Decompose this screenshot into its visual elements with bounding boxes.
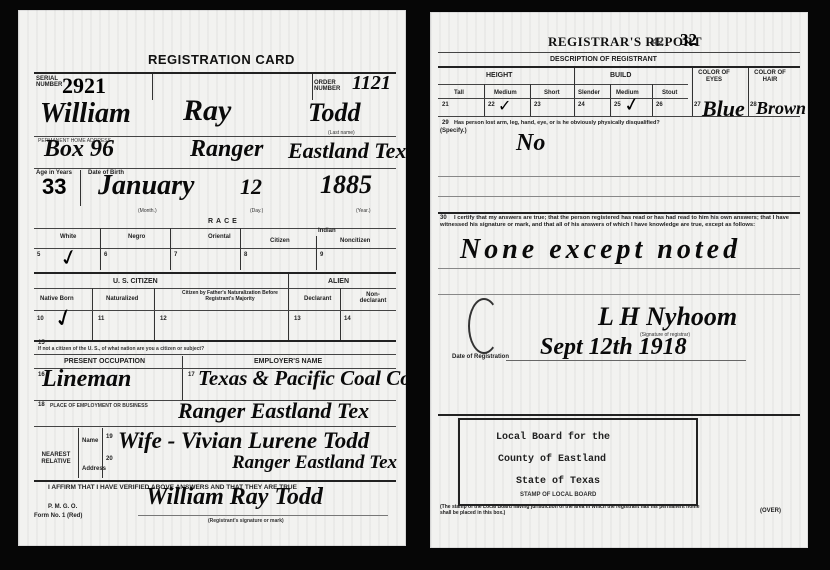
description-heading: DESCRIPTION OF REGISTRANT — [550, 56, 657, 63]
build-label: BUILD — [610, 72, 631, 79]
employment-place-number: 18 — [38, 402, 45, 408]
build-col-slender: Slender — [578, 90, 600, 96]
build-num-26: 26 — [656, 102, 663, 108]
eye-color-value: Blue — [702, 96, 745, 122]
eye-color-number: 27 — [694, 102, 701, 108]
height-medium-checkmark: ✓ — [498, 96, 511, 115]
report-stamp-prefix: 42 — [652, 34, 664, 49]
q29-number: 29 — [442, 120, 449, 126]
relative-name-value: Wife - Vivian Lurene Todd — [118, 428, 369, 454]
citizen-col-fathers-naturalization: Citizen by Father's Naturalization Befor… — [178, 290, 282, 302]
race-col-citizen: Citizen — [270, 238, 290, 244]
employer-label: EMPLOYER'S NAME — [254, 358, 322, 365]
build-col-stout: Stout — [662, 90, 677, 96]
first-name: William — [40, 98, 131, 130]
employment-place-label: PLACE OF EMPLOYMENT OR BUSINESS — [50, 403, 148, 409]
relative-name-label: Name — [82, 438, 98, 444]
height-col-tall: Tall — [454, 90, 464, 96]
q15-question: If not a citizen of the U. S., of what n… — [38, 346, 204, 352]
dob-day: 12 — [240, 174, 262, 200]
card-title: REGISTRATION CARD — [148, 52, 295, 67]
stamp-caption: (The stamp of the Local Board having jur… — [440, 504, 700, 516]
race-num-9: 9 — [320, 252, 323, 258]
race-col-negro: Negro — [128, 234, 145, 240]
hair-color-label: COLOR OF HAIR — [752, 70, 788, 84]
relative-address-value: Ranger Eastland Tex — [232, 452, 397, 474]
relative-address-number: 20 — [106, 456, 113, 462]
date-of-registration-label: Date of Registration — [452, 354, 509, 360]
form-id-line2: Form No. 1 (Red) — [34, 513, 82, 519]
height-num-21: 21 — [442, 102, 449, 108]
citizen-num-11: 11 — [98, 316, 104, 322]
build-medium-checkmark: ✓ — [622, 93, 642, 117]
q30-answer: None except noted — [460, 234, 741, 266]
date-of-registration-value: Sept 12th 1918 — [540, 334, 687, 361]
race-col-noncitizen: Noncitizen — [340, 238, 370, 244]
registrant-signature: William Ray Todd — [146, 484, 323, 511]
alien-col-nondeclarant: Non-declarant — [358, 292, 388, 304]
form-id-line1: P. M. G. O. — [48, 504, 77, 510]
registrars-report-back: REGISTRAR'S REPORT 32 42 DESCRIPTION OF … — [430, 12, 808, 548]
dob-month-label: (Month.) — [138, 208, 157, 214]
build-num-25: 25 — [614, 102, 621, 108]
citizen-num-14: 14 — [344, 316, 351, 322]
nearest-relative-label: NEAREST RELATIVE — [38, 452, 74, 466]
height-num-23: 23 — [534, 102, 541, 108]
thumb-mark-bracket — [468, 298, 500, 354]
occupation-value: Lineman — [42, 366, 131, 393]
alien-col-declarant: Declarant — [304, 296, 331, 302]
employment-place-value: Ranger Eastland Tex — [178, 398, 369, 424]
dob-day-label: (Day.) — [250, 208, 263, 214]
over-label: (OVER) — [760, 508, 781, 514]
height-label: HEIGHT — [486, 72, 512, 79]
address-county-state: Eastland Tex — [288, 138, 406, 164]
dob-year-label: (Year.) — [356, 208, 371, 214]
report-title: REGISTRAR'S REPORT — [548, 34, 702, 50]
race-num-5: 5 — [37, 252, 40, 258]
address-street: Box 96 — [44, 136, 114, 163]
citizen-num-10: 10 — [37, 316, 44, 322]
serial-number: 2921 — [62, 73, 106, 99]
registration-card-front: REGISTRATION CARD SERIAL NUMBER 2921 ORD… — [18, 10, 406, 546]
native-born-checkmark: ✓ — [50, 301, 78, 334]
registrar-signature: L H Nyhoom — [598, 302, 737, 332]
employer-value: Texas & Pacific Coal Co — [198, 366, 406, 391]
race-num-8: 8 — [244, 252, 247, 258]
dob-month: January — [98, 170, 194, 202]
height-col-short: Short — [544, 90, 560, 96]
age-value: 33 — [42, 174, 66, 200]
eye-color-label: COLOR OF EYES — [696, 70, 732, 84]
local-board-stamp-box: Local Board for the County of Eastland S… — [458, 418, 698, 506]
race-col-white: White — [60, 234, 76, 240]
citizen-col-naturalized: Naturalized — [106, 296, 138, 302]
signature-caption: (Registrant's signature or mark) — [208, 518, 284, 524]
citizen-num-13: 13 — [294, 316, 301, 322]
citizen-num-12: 12 — [160, 316, 167, 322]
alien-heading: ALIEN — [328, 278, 349, 285]
height-num-22: 22 — [488, 102, 495, 108]
last-name: Todd — [308, 98, 361, 128]
employer-number: 17 — [188, 372, 195, 378]
race-heading: RACE — [208, 218, 240, 225]
order-number: 1121 — [352, 72, 391, 95]
q29-specify-label: (Specify.) — [440, 128, 467, 134]
address-city: Ranger — [190, 136, 263, 163]
relative-name-number: 19 — [106, 434, 113, 440]
q29-question: Has person lost arm, leg, hand, eye, or … — [454, 120, 660, 126]
stamp-line-2: County of Eastland — [498, 454, 606, 465]
build-num-24: 24 — [578, 102, 585, 108]
q29-answer: No — [516, 130, 545, 157]
order-number-label: ORDER NUMBER — [314, 80, 344, 92]
report-stamp-number: 32 — [680, 30, 697, 50]
us-citizen-heading: U. S. CITIZEN — [113, 278, 158, 285]
middle-name: Ray — [183, 94, 231, 128]
serial-number-label: SERIAL NUMBER — [36, 76, 60, 88]
q30-certification-text: I certify that my answers are true; that… — [440, 215, 800, 229]
occupation-label: PRESENT OCCUPATION — [64, 358, 145, 365]
stamp-line-3: State of Texas — [516, 476, 600, 487]
dob-year: 1885 — [320, 170, 372, 200]
race-indian-label: Indian — [318, 228, 336, 234]
stamp-line-1: Local Board for the — [496, 432, 610, 443]
race-num-6: 6 — [104, 252, 107, 258]
race-col-oriental: Oriental — [208, 234, 231, 240]
race-num-7: 7 — [174, 252, 177, 258]
stamp-line-4: STAMP OF LOCAL BOARD — [520, 492, 596, 498]
